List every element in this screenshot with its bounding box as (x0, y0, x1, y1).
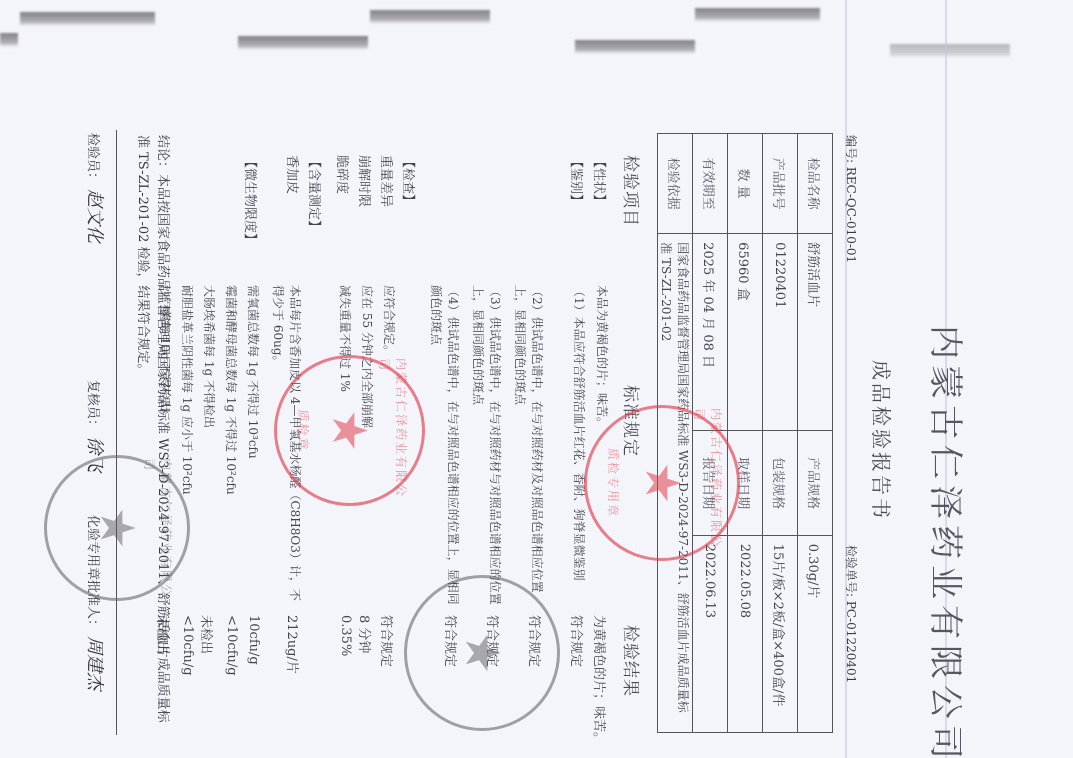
info-value: 2022.05.08 (728, 535, 763, 732)
document-number: 编号: REC-QC-010-01 (843, 135, 860, 263)
info-label: 产品规格 (798, 431, 833, 535)
basis-value: 国家食品药品监督管理局国家药品标准 WS3-D-2024-97-2011、舒筋活… (658, 234, 693, 733)
info-value: 15片/板×2板/盒×400盒/件 (763, 535, 798, 732)
footer-divider (116, 130, 117, 735)
inspection-result: 8 分钟 (356, 615, 375, 653)
inspection-result: 符合规定 (526, 615, 545, 667)
inspection-result: 符合规定 (484, 615, 503, 667)
inspector-signature: 检验员： 赵文化 (83, 133, 109, 243)
inspection-item: 【检查】 (400, 155, 419, 207)
inspection-standard: 需氧菌总数每 1g 不得过 10³cfu (244, 285, 261, 605)
info-value: 舒筋活血片 (798, 234, 833, 431)
inspector-handwriting: 赵文化 (84, 189, 105, 243)
inspection-result: 212ug/片 (284, 615, 303, 674)
info-label: 检品名称 (798, 134, 833, 234)
inspection-item: 【性状】 (591, 155, 610, 207)
info-row: 产品批号01220401包装规格15片/板×2板/盒×400盒/件 (763, 134, 798, 733)
info-value: 2022.06.13 (693, 535, 728, 732)
reviewer-signature: 复核员： 徐飞 (83, 380, 109, 472)
inspection-item: 崩解时限 (356, 155, 375, 207)
basis-row: 检验依据 国家食品药品监督管理局国家药品标准 WS3-D-2024-97-201… (658, 134, 693, 733)
inspection-standard: 大肠埃希菌每 1g 不得检出 (200, 285, 217, 605)
column-header-standard: 标准规定 (620, 385, 645, 457)
info-label: 取样日期 (728, 431, 763, 535)
basis-label: 检验依据 (658, 134, 693, 234)
inspection-result: <10cfu/g (224, 615, 239, 676)
inspection-standard: 减失重量不得过 1% (336, 285, 353, 605)
report-title: 成品检验报告书 (868, 360, 897, 521)
info-label: 报告日期 (693, 431, 728, 535)
info-value: 65960 盒 (728, 234, 763, 431)
info-label: 产品批号 (763, 134, 798, 234)
approver-signature: 化验专用章批准人： 周建杰 (83, 515, 109, 690)
inspection-result: 10cfu/g (246, 615, 261, 665)
approver-handwriting: 周建杰 (84, 636, 105, 690)
company-name: 内蒙古仁泽药业有限公司 (924, 325, 973, 758)
info-value: 2025 年 04 月 08 日 (693, 234, 728, 431)
info-label: 包装规格 (763, 431, 798, 535)
inspection-standard: 本品为黄褐色的片；味苦。 (593, 285, 610, 605)
inspection-item: 【微生物限度】 (242, 155, 261, 246)
inspection-standard: （1）本品应符合舒筋活血片红花、香附、狗脊显微鉴别 (570, 285, 587, 605)
conclusion: 结论：本品按国家食品药品监督管理局国家药品标准 WS3-D-2024-97-20… (132, 135, 172, 735)
info-row: 有效期至2025 年 04 月 08 日报告日期2022.06.13 (693, 134, 728, 733)
inspection-result: 0.35% (338, 615, 353, 656)
inspection-result: 符合规定 (442, 615, 461, 667)
inspection-standard: 应在 55 分钟之内全部崩解 (358, 285, 375, 605)
scan-artifact (890, 44, 1010, 58)
info-label: 数 量 (728, 134, 763, 234)
info-row: 数 量65960 盒取样日期2022.05.08 (728, 134, 763, 733)
inspection-report-page: 内蒙古仁泽药业有限公司 成品检验报告书 编号: REC-QC-010-01 检验… (55, 125, 1065, 745)
inspection-item: 脆碎度 (334, 155, 353, 194)
inspection-item: 【鉴别】 (568, 155, 587, 207)
info-row: 检品名称舒筋活血片产品规格0.30g/片 (798, 134, 833, 733)
approver-label: 化验专用章批准人： (85, 515, 100, 632)
inspection-item: 【含量测定】 (306, 155, 325, 233)
inspection-standard: （4）供试品色谱中，在与对照品色谱相应的位置上，显相同颜色的斑点 (427, 285, 461, 605)
scan-artifact (575, 40, 695, 54)
inspection-result: 符合规定 (378, 615, 397, 667)
inspection-result: 未检出 (198, 615, 217, 654)
inspection-item: 重量差异 (378, 155, 397, 207)
info-label: 有效期至 (693, 134, 728, 234)
inspection-result: <10cfu/g (180, 615, 195, 676)
inspection-standard: 耐胆盐革兰阴性菌每 1g 应小于 10²cfu (178, 285, 195, 605)
inspection-item: 香加皮 (284, 155, 303, 194)
info-value: 0.30g/片 (798, 535, 833, 732)
column-header-result: 检验结果 (620, 625, 645, 697)
inspection-standard: （3）供试品色谱中，在与对照药材与对照品色谱相应的位置上，显相同颜色的斑点 (469, 285, 503, 605)
report-number: 检验单号: PC-01220401 (843, 545, 860, 683)
inspector-label: 检验员： (85, 133, 100, 185)
scan-artifact (695, 8, 820, 22)
scan-artifact (370, 10, 490, 24)
info-value: 01220401 (763, 234, 798, 431)
scan-artifact (238, 36, 368, 50)
inspection-standard: 霉菌和酵母菌总数每 1g 不得过 10²cfu (222, 285, 239, 605)
product-info-table: 检品名称舒筋活血片产品规格0.30g/片产品批号01220401包装规格15片/… (657, 133, 833, 733)
reviewer-label: 复核员： (85, 380, 100, 432)
inspection-result: 为黄褐色的片；味苦。 (591, 615, 610, 745)
reviewer-handwriting: 徐飞 (84, 436, 105, 472)
inspection-result: 符合规定 (568, 615, 587, 667)
inspection-standard: 应符合规定。 (380, 285, 397, 605)
scan-artifact (0, 33, 18, 47)
column-header-item: 检验项目 (620, 155, 645, 227)
inspection-standard: （2）供试品色谱中，在与对照药材及对照品色谱相应位置上，显相同颜色的斑点 (511, 285, 545, 605)
inspection-standard: 本品每片含香加皮以 4—甲氧基水杨醛（C8H8O3）计，不得少于 60ug。 (269, 285, 303, 605)
scan-artifact (20, 12, 155, 26)
